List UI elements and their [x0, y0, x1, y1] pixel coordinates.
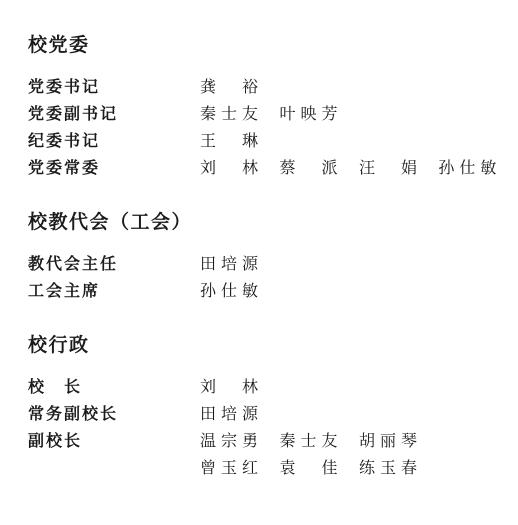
- names-list: 王 琳: [200, 128, 275, 155]
- person-name: 田培源: [200, 256, 263, 273]
- person-name: 汪 娟: [359, 160, 422, 177]
- person-name: 叶映芳: [279, 106, 342, 123]
- position-label: 纪委书记: [28, 128, 200, 155]
- table-row: 党委书记 龚 裕: [28, 74, 494, 101]
- names-list: 温宗勇 秦士友 胡丽琴: [200, 428, 434, 455]
- names-list: 刘 林 蔡 派 汪 娟 孙仕敏: [200, 155, 513, 182]
- person-name: 刘 林: [200, 160, 263, 177]
- person-name: 王 琳: [200, 133, 263, 150]
- names-list: 刘 林: [200, 374, 275, 401]
- names-list: 田培源: [200, 401, 275, 428]
- position-label: 党委书记: [28, 74, 200, 101]
- person-name: 曾玉红: [200, 460, 263, 477]
- position-label: 党委常委: [28, 155, 200, 182]
- person-name: 刘 林: [200, 379, 263, 396]
- section-staff-congress: 校教代会（工会） 教代会主任 田培源 工会主席 孙仕敏: [28, 213, 494, 305]
- table-row: 校 长 刘 林: [28, 374, 494, 401]
- table-row: 工会主席 孙仕敏: [28, 278, 494, 305]
- section-heading: 校党委: [28, 36, 494, 56]
- names-list: 秦士友 叶映芳: [200, 101, 354, 128]
- section-party-committee: 校党委 党委书记 龚 裕 党委副书记 秦士友 叶映芳 纪委书记 王 琳 党委常委…: [28, 36, 494, 182]
- position-label: 教代会主任: [28, 251, 200, 278]
- person-name: 袁 佳: [279, 460, 342, 477]
- section-heading: 校行政: [28, 336, 494, 356]
- person-name: 胡丽琴: [359, 433, 422, 450]
- section-administration: 校行政 校 长 刘 林 常务副校长 田培源 副校长 温宗勇 秦士友 胡丽琴 曾: [28, 336, 494, 482]
- person-name: 秦士友: [200, 106, 263, 123]
- person-name: 孙仕敏: [200, 283, 263, 300]
- person-name: 龚 裕: [200, 79, 263, 96]
- person-name: 田培源: [200, 406, 263, 423]
- table-row: 教代会主任 田培源: [28, 251, 494, 278]
- person-name: 蔡 派: [279, 160, 342, 177]
- names-list: 田培源: [200, 251, 275, 278]
- table-row: 党委常委 刘 林 蔡 派 汪 娟 孙仕敏: [28, 155, 494, 182]
- table-row: 常务副校长 田培源: [28, 401, 494, 428]
- person-name: 温宗勇: [200, 433, 263, 450]
- position-label: 党委副书记: [28, 101, 200, 128]
- names-list: 曾玉红 袁 佳 练玉春: [200, 455, 434, 482]
- person-name: 孙仕敏: [438, 160, 501, 177]
- table-row: 纪委书记 王 琳: [28, 128, 494, 155]
- position-label: 校 长: [28, 374, 200, 401]
- person-name: 练玉春: [359, 460, 422, 477]
- position-label: 副校长: [28, 428, 200, 455]
- section-heading: 校教代会（工会）: [28, 213, 494, 233]
- names-list: 龚 裕: [200, 74, 275, 101]
- table-row-continuation: 曾玉红 袁 佳 练玉春: [28, 455, 494, 482]
- document-page: 校党委 党委书记 龚 裕 党委副书记 秦士友 叶映芳 纪委书记 王 琳 党委常委…: [0, 0, 518, 525]
- person-name: 秦士友: [279, 433, 342, 450]
- table-row: 副校长 温宗勇 秦士友 胡丽琴: [28, 428, 494, 455]
- table-row: 党委副书记 秦士友 叶映芳: [28, 101, 494, 128]
- position-label: 工会主席: [28, 278, 200, 305]
- position-label: 常务副校长: [28, 401, 200, 428]
- names-list: 孙仕敏: [200, 278, 275, 305]
